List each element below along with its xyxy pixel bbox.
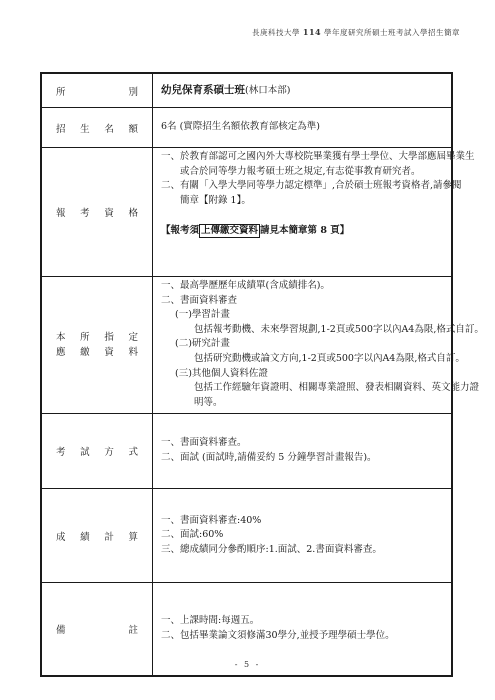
content-line: 或合於同等學力報考碩士班之規定,有志從事教育研究者。 (161, 165, 447, 180)
row-label-documents-line2: 應繳資料 (56, 345, 138, 360)
header-school-name: 長庚科技大學 (252, 28, 303, 37)
upload-note-suffix: 請見本簡章第 8 頁】 (260, 225, 349, 236)
content-line: 一、於教育部認可之國內外大專校院畢業獲有學士學位、大學部應屆畢業生 (161, 150, 447, 165)
content-line: 一、書面資料審查:40% (161, 514, 447, 529)
row-exam-method: 考試方式 一、書面資料審查。 二、面試 (面試時,請備妥約 5 分鐘學習計畫報告… (41, 414, 452, 489)
content-line: (一)學習計畫 (161, 308, 447, 323)
score-calculation-content: 一、書面資料審查:40% 二、面試:60% 三、總成績同分參酌順序:1.面試、2… (153, 489, 453, 583)
row-score-calculation: 成績計算 一、書面資料審查:40% 二、面試:60% 三、總成績同分參酌順序:1… (41, 489, 452, 583)
upload-note: 【報考須上傳繳交資料請見本簡章第 8 頁】 (161, 224, 447, 239)
content-line: 二、包括畢業論文須修滿30學分,並授予理學碩士學位。 (161, 629, 447, 644)
content-line: 二、書面資料審查 (161, 294, 447, 309)
content-line: 二、面試:60% (161, 528, 447, 543)
department-name: 幼兒保育系碩士班 (161, 84, 245, 96)
content-line: 二、有關「入學大學同等學力認定標準」,合於碩士班報考資格者,請參閱 (161, 179, 447, 194)
row-label-documents-line1: 本所指定 (56, 330, 138, 345)
department-campus: (林口本部) (245, 85, 290, 96)
header-title-suffix: 學年度研究所碩士班考試入學招生簡章 (321, 28, 460, 37)
row-label-documents: 本所指定 應繳資料 (41, 277, 153, 414)
content-line: 一、上課時間:每週五。 (161, 614, 447, 629)
exam-method-content: 一、書面資料審查。 二、面試 (面試時,請備妥約 5 分鐘學習計畫報告)。 (153, 414, 453, 489)
row-label-department: 所別 (41, 73, 153, 108)
content-line: 包括報考動機、未來學習規劃,1-2頁或500字以內A4為限,格式自訂。 (161, 323, 447, 338)
content-line: 包括研究動機或論文方向,1-2頁或500字以內A4為限,格式自訂。 (161, 352, 447, 367)
row-documents: 本所指定 應繳資料 一、最高學歷歷年成績單(含成績排名)。 二、書面資料審查 (… (41, 277, 452, 414)
row-qualification: 報考資格 一、於教育部認可之國內外大專校院畢業獲有學士學位、大學部應屆畢業生 或… (41, 148, 452, 277)
department-value: 幼兒保育系碩士班(林口本部) (153, 73, 453, 108)
content-line: 一、書面資料審查。 (161, 436, 447, 451)
content-line: 明等。 (161, 396, 447, 411)
qualification-content: 一、於教育部認可之國內外大專校院畢業獲有學士學位、大學部應屆畢業生 或合於同等學… (153, 148, 453, 277)
row-label-quota: 招生名額 (41, 108, 153, 148)
document-page: { "page": { "header": { "prefix": "長庚科技大… (0, 0, 495, 700)
content-line: (二)研究計畫 (161, 337, 447, 352)
row-quota: 招生名額 6名 (實際招生名額依教育部核定為準) (41, 108, 452, 148)
row-department: 所別 幼兒保育系碩士班(林口本部) (41, 73, 452, 108)
row-label-exam-method: 考試方式 (41, 414, 153, 489)
quota-value: 6名 (實際招生名額依教育部核定為準) (153, 108, 453, 148)
upload-note-prefix: 【報考須 (161, 225, 199, 236)
content-line: 一、最高學歷歷年成績單(含成績排名)。 (161, 279, 447, 294)
content-line: (三)其他個人資料佐證 (161, 367, 447, 382)
content-line: 包括工作經驗年資證明、相關專業證照、發表相關資料、英文能力證 (161, 381, 447, 396)
header-academic-year: 114 (303, 27, 321, 37)
content-line: 三、總成績同分參酌順序:1.面試、2.書面資料審查。 (161, 543, 447, 558)
upload-note-boxed-text: 上傳繳交資料 (199, 224, 260, 238)
page-header-title: 長庚科技大學 114 學年度研究所碩士班考試入學招生簡章 (252, 27, 460, 38)
documents-content: 一、最高學歷歷年成績單(含成績排名)。 二、書面資料審查 (一)學習計畫 包括報… (153, 277, 453, 414)
page-number: - 5 - (0, 660, 495, 669)
row-label-qualification: 報考資格 (41, 148, 153, 277)
content-line: 簡章【附錄 1】。 (161, 194, 447, 209)
row-label-score-calculation: 成績計算 (41, 489, 153, 583)
admission-info-table: 所別 幼兒保育系碩士班(林口本部) 招生名額 6名 (實際招生名額依教育部核定為… (40, 72, 453, 677)
content-line: 二、面試 (面試時,請備妥約 5 分鐘學習計畫報告)。 (161, 451, 447, 466)
